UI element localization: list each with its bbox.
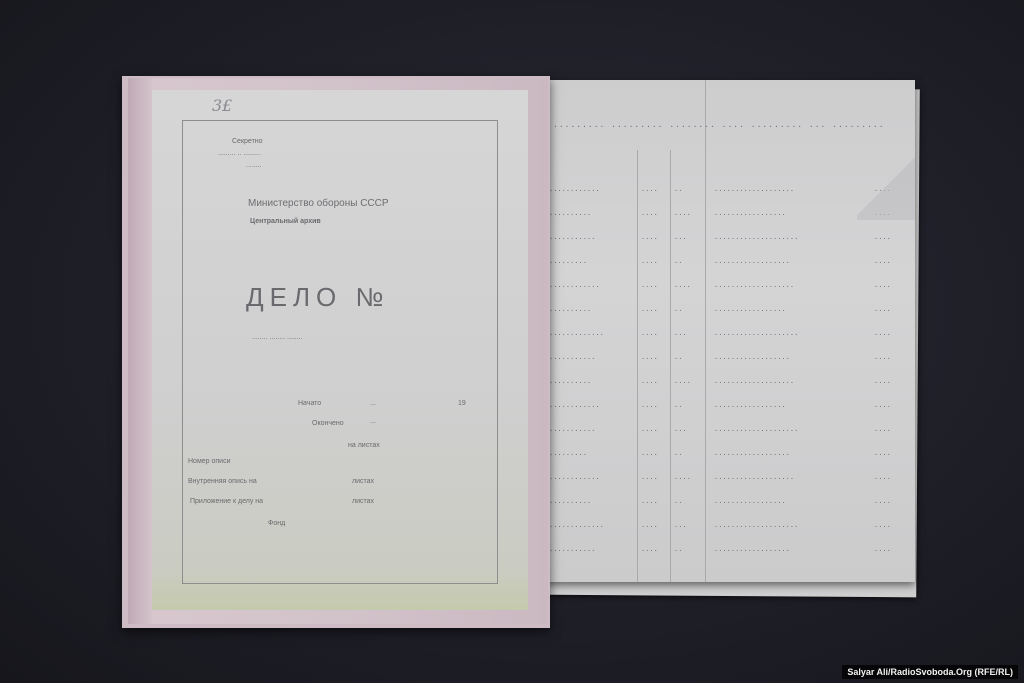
inventory-field-label: Номер описи: [188, 458, 231, 465]
ledger-cell: ....: [641, 257, 667, 265]
ledger-cell: ....: [874, 329, 908, 337]
ledger-cell: ....: [641, 377, 667, 385]
ledger-cell: .................: [714, 209, 864, 217]
ledger-cell: ............: [549, 473, 629, 481]
internal-inventory-suffix: листах: [352, 478, 374, 485]
ledger-cell: ....: [874, 353, 908, 361]
torn-corner: [857, 150, 915, 220]
ledger-cell: ....: [874, 425, 908, 433]
ledger-cell: ...: [674, 233, 708, 241]
ledger-cell: ....................: [714, 233, 864, 241]
ledger-cell: ..................: [714, 449, 864, 457]
ledger-cell: ..........: [549, 497, 629, 505]
ledger-cell: ....: [674, 473, 708, 481]
ledger-cell: ..: [674, 401, 708, 409]
ledger-cell: ....: [641, 473, 667, 481]
folder-spine: [128, 78, 152, 624]
ledger-cell: ...........: [549, 353, 629, 361]
ledger-cell: .............: [549, 329, 629, 337]
ledger-cell: ....: [641, 545, 667, 553]
ledger-cell: ....: [874, 233, 908, 241]
ledger-row: ........................................…: [549, 473, 909, 497]
ledger-cell: ....................: [714, 425, 864, 433]
ledger-cell: .........: [549, 257, 629, 265]
ledger-cell: ....: [641, 305, 667, 313]
started-label: Начато: [298, 400, 321, 407]
ledger-row: .......................................: [549, 209, 909, 233]
ledger-cell: ....: [874, 449, 908, 457]
ledger-row: ........................................…: [549, 233, 909, 257]
ledger-cell: ...........: [549, 545, 629, 553]
ledger-cell: ..: [674, 353, 708, 361]
ledger-cell: ....: [641, 425, 667, 433]
ledger-row: .....................................: [549, 497, 909, 521]
ledger-row: .....................................: [549, 305, 909, 329]
stamp-line-1: Секретно: [232, 138, 263, 145]
ledger-row: .......................................: [549, 353, 909, 377]
finished-label: Окончено: [312, 420, 344, 427]
ledger-cell: ..: [674, 305, 708, 313]
file-title: ДЕЛО №: [246, 282, 389, 313]
ledger-cell: ..................: [714, 353, 864, 361]
ledger-cell: ............: [549, 281, 629, 289]
ledger-cell: ....: [641, 521, 667, 529]
started-value: ...: [370, 400, 376, 407]
ledger-cell: ...: [674, 329, 708, 337]
ledger-cell: ....: [641, 233, 667, 241]
ledger-cell: ....: [874, 281, 908, 289]
ledger-cell: ....: [874, 545, 908, 553]
ledger-cell: ....: [641, 329, 667, 337]
ledger-cell: ...................: [714, 281, 864, 289]
ledger-cell: ....: [874, 401, 908, 409]
ledger-cell: ....: [641, 281, 667, 289]
ledger-cell: ....: [641, 185, 667, 193]
ledger-cell: ....: [874, 521, 908, 529]
ledger-cell: ....: [874, 497, 908, 505]
cover-frame: [182, 120, 498, 584]
year-suffix: 19: [458, 400, 466, 407]
ledger-cell: ..: [674, 449, 708, 457]
ledger-cell: ....: [874, 377, 908, 385]
ledger-row: .......................................: [549, 401, 909, 425]
ledger-cell: ....: [874, 473, 908, 481]
photo-scene: ......... ......... ........ .... ......…: [0, 0, 1024, 683]
internal-inventory-label: Внутренняя опись на: [188, 478, 257, 485]
appendix-label: Приложение к делу на: [190, 498, 263, 505]
ledger-row: ........................................…: [549, 329, 909, 353]
ledger-cell: ....: [874, 257, 908, 265]
stamp-line-2: ......... .. .........: [218, 150, 261, 157]
ledger-cell: ..................: [714, 545, 864, 553]
ledger-cell: ...: [674, 425, 708, 433]
ledger-row: .....................................: [549, 449, 909, 473]
ledger-cell: ....: [641, 209, 667, 217]
ledger-cell: ...: [674, 521, 708, 529]
ledger-cell: ...................: [714, 473, 864, 481]
ledger-sheet: ......... ......... ........ .... ......…: [545, 80, 915, 582]
ledger-cell: ....: [674, 281, 708, 289]
ledger-cell: ....: [641, 401, 667, 409]
finished-value: ...: [370, 418, 376, 425]
ledger-cell: ..........: [549, 305, 629, 313]
ledger-cell: .........: [549, 449, 629, 457]
ledger-row: .......................................: [549, 545, 909, 569]
stamp-line-3: ........: [246, 162, 262, 169]
fond-label: Фонд: [268, 520, 285, 527]
ledger-cell: .................: [714, 305, 864, 313]
handwritten-number: 3£: [212, 96, 232, 115]
ledger-row: ........................................…: [549, 377, 909, 401]
ledger-cell: ...........: [549, 425, 629, 433]
ledger-heading: ......... ......... ........ .... ......…: [553, 120, 901, 129]
ledger-cell: ....: [874, 305, 908, 313]
appendix-suffix: листах: [352, 498, 374, 505]
ledger-cell: ..: [674, 185, 708, 193]
ledger-cell: ............: [549, 185, 629, 193]
file-description: ........ ........ ........: [252, 334, 303, 341]
ledger-cell: ..: [674, 545, 708, 553]
ledger-row: ........................................…: [549, 185, 909, 209]
pages-label: на листах: [348, 442, 380, 449]
ledger-cell: .................: [714, 497, 864, 505]
ledger-cell: ............: [549, 401, 629, 409]
ledger-cell: ...........: [549, 233, 629, 241]
ledger-cell: ...................: [714, 377, 864, 385]
ministry-name: Министерство обороны СССР: [248, 198, 389, 209]
ledger-cell: ....: [674, 209, 708, 217]
ledger-cell: ...................: [714, 185, 864, 193]
ledger-cell: .............: [549, 521, 629, 529]
ledger-row: ........................................…: [549, 281, 909, 305]
ledger-row: ........................................…: [549, 425, 909, 449]
ledger-cell: .................: [714, 401, 864, 409]
ledger-cell: ....: [674, 377, 708, 385]
ledger-cell: ....: [641, 353, 667, 361]
ledger-cell: ....................: [714, 521, 864, 529]
ledger-cell: ..........: [549, 209, 629, 217]
ledger-cell: ....: [641, 449, 667, 457]
ledger-cell: ..: [674, 497, 708, 505]
ledger-cell: ..: [674, 257, 708, 265]
ledger-cell: ..........: [549, 377, 629, 385]
ledger-cell: ....: [641, 497, 667, 505]
ledger-cell: ..................: [714, 257, 864, 265]
ledger-cell: ....................: [714, 329, 864, 337]
ledger-row: ........................................…: [549, 521, 909, 545]
department-line-1: Центральный архив: [250, 218, 321, 225]
ledger-row: .....................................: [549, 257, 909, 281]
photo-credit: Salyar Ali/RadioSvoboda.Org (RFE/RL): [842, 665, 1018, 679]
